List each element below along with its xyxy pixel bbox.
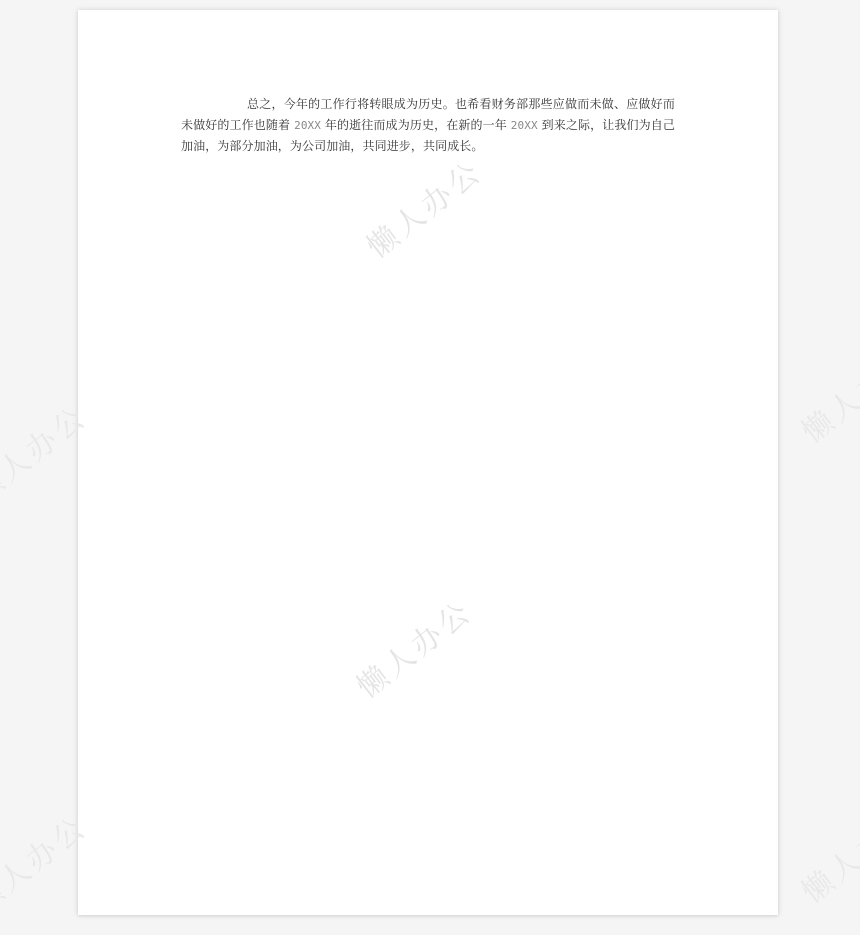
document-page: 总之，今年的工作行将转眼成为历史。也希看财务部那些应做而未做、应做好而未做好的工… (78, 10, 778, 915)
year-placeholder: 20XX (294, 119, 321, 132)
watermark: 懒人办公 (791, 793, 860, 911)
year-placeholder: 20XX (511, 119, 538, 132)
body-paragraph: 总之，今年的工作行将转眼成为历史。也希看财务部那些应做而未做、应做好而未做好的工… (181, 94, 675, 157)
watermark: 懒人办公 (791, 333, 860, 451)
paragraph-text-segment: 年的逝往而成为历史，在新的一年 (321, 118, 511, 132)
